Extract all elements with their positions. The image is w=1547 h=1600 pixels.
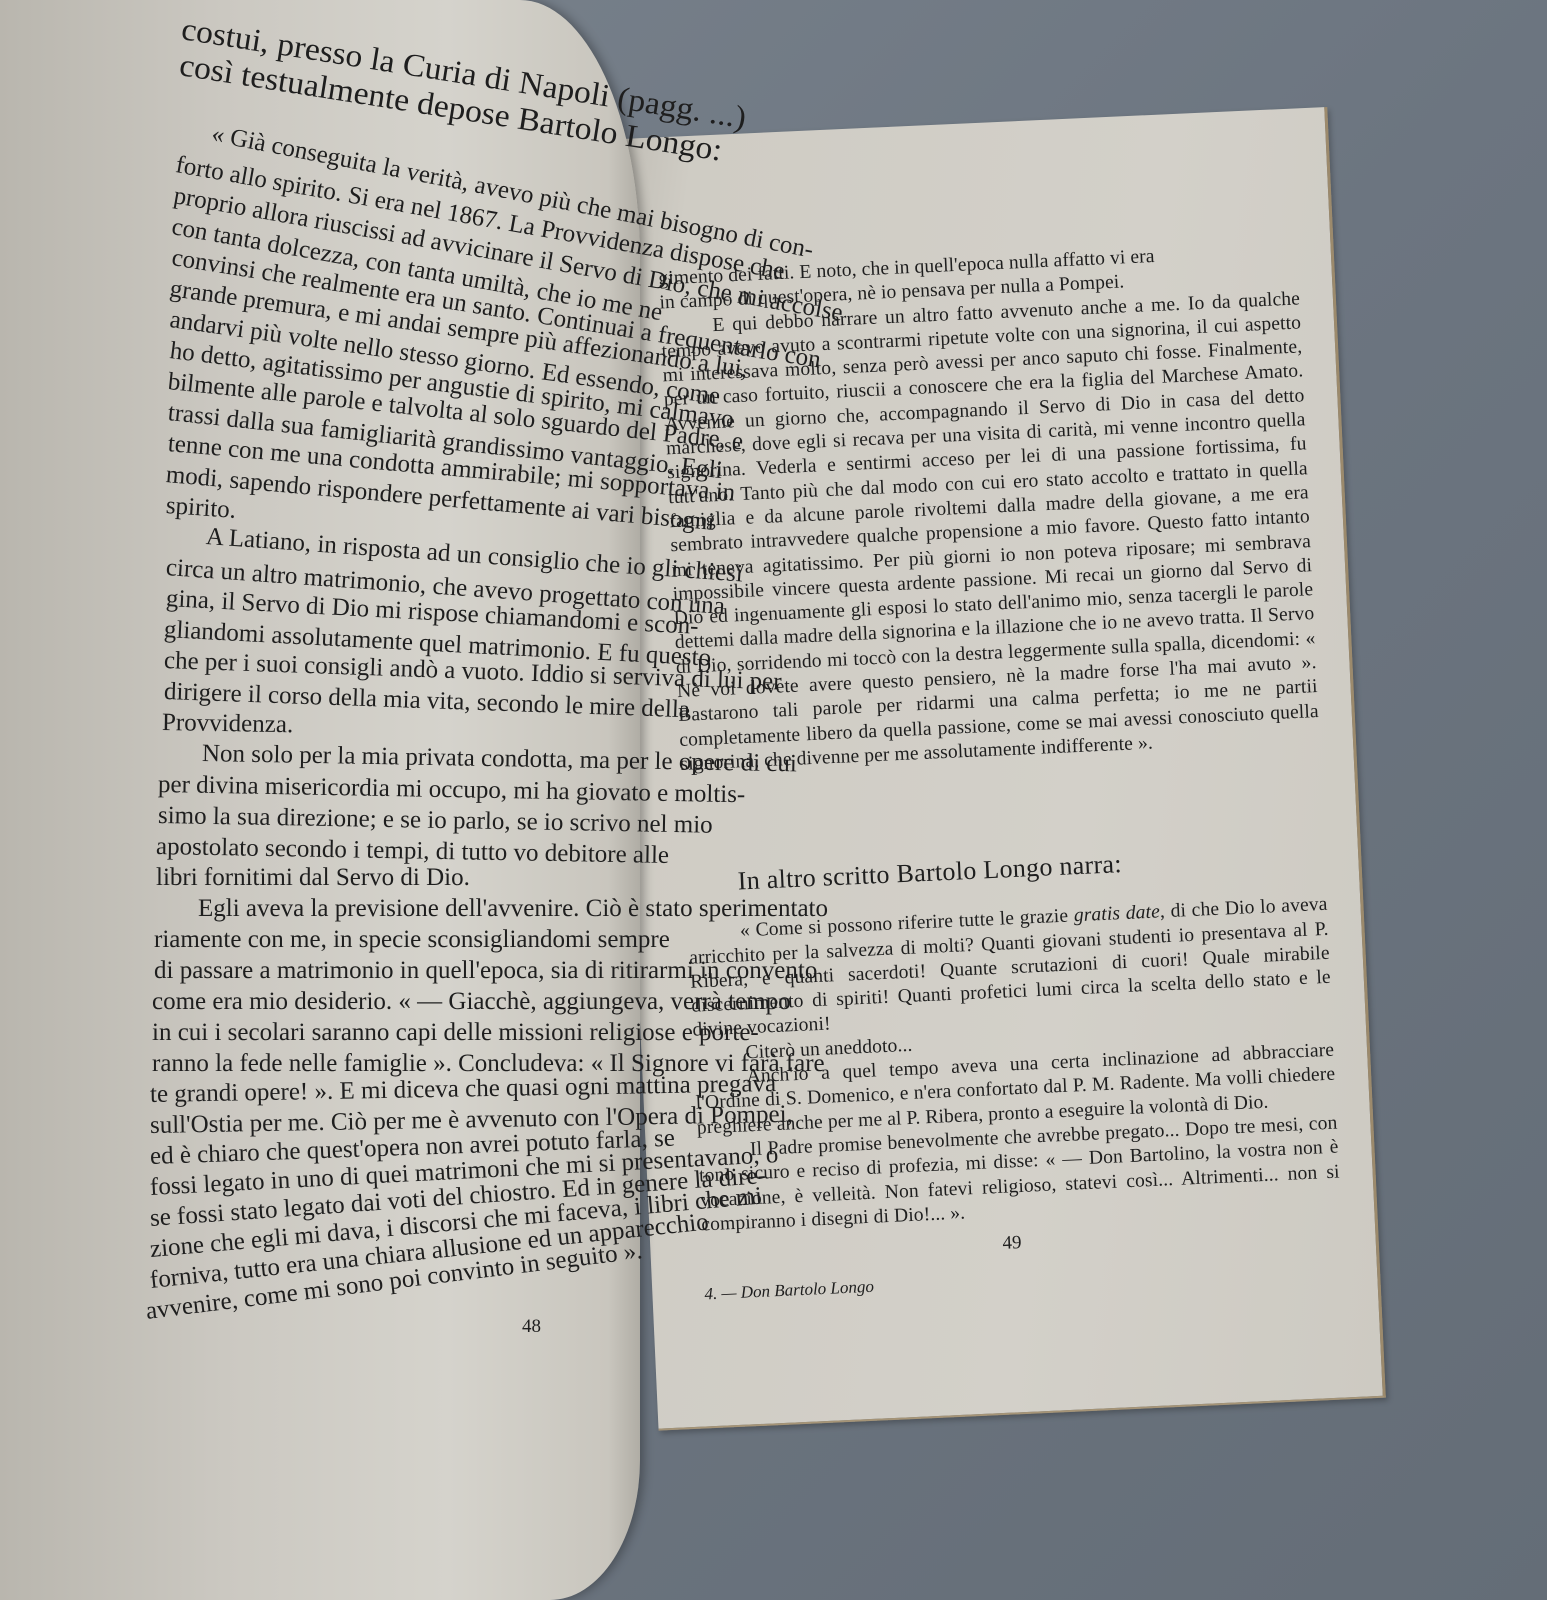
page-number: 48 bbox=[522, 1316, 541, 1338]
text-line: riamente con me, in specie sconsigliando… bbox=[154, 924, 640, 955]
text-line: come era mio desiderio. « — Giacchè, agg… bbox=[152, 986, 640, 1017]
italic-phrase: gratis date bbox=[1073, 902, 1160, 927]
text-line: di passare a matrimonio in quell'epoca, … bbox=[154, 955, 640, 986]
text-line: in cui i secolari saranno capi delle mis… bbox=[152, 1017, 640, 1048]
page-text-body: gimento dei fatti. E noto, che in quell'… bbox=[658, 238, 1320, 777]
book-page-left: costui, presso la Curia di Napoli (pagg.… bbox=[0, 0, 640, 1600]
signature-mark: 4. — Don Bartolo Longo bbox=[704, 1277, 874, 1305]
page-text-body: costui, presso la Curia di Napoli (pagg.… bbox=[150, 10, 640, 1327]
text-line: Egli aveva la previsione dell'avvenire. … bbox=[198, 893, 640, 924]
section-subheading: In altro scritto Bartolo Longo narra: bbox=[737, 843, 1325, 894]
page-number: 49 bbox=[1002, 1232, 1022, 1255]
